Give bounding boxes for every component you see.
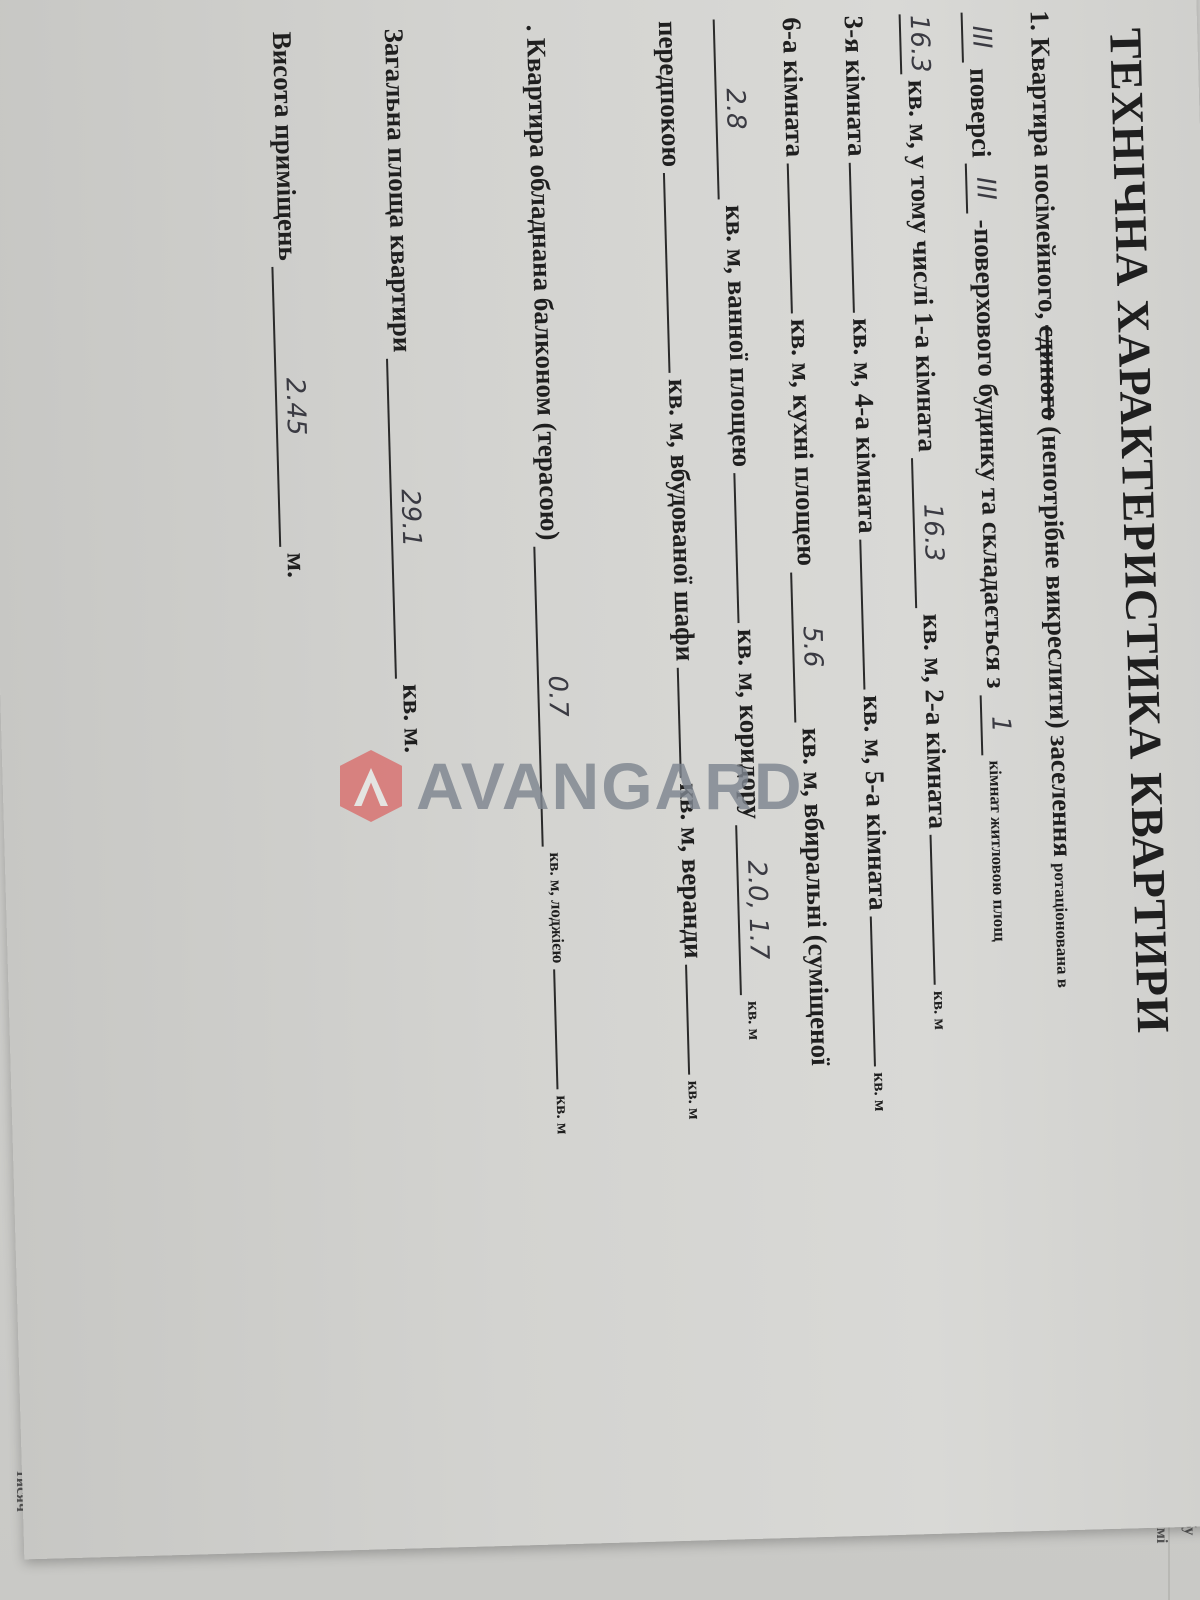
unit-label: м. [265,552,328,579]
form-sheet: ТЕХНІЧНА ХАРАКТЕРИСТИКА КВАРТИРИ 1. Квар… [0,0,1200,1559]
label: (непотрібне викреслити) заселення [1020,425,1094,857]
loggia-area-field[interactable] [553,969,588,1090]
label: кв. м, ванної площею [704,204,773,468]
label: кв. м, 5-а кімната [842,694,910,911]
label: кв. м, вбудованої шафи [647,378,717,662]
total-area-field[interactable]: 29.1 [386,358,427,679]
floor-field[interactable]: III [961,12,994,63]
room5-area-field[interactable] [870,916,906,1067]
section2-line: . Квартира обладнана балконом (терасою) … [505,24,609,1525]
veranda-area-field[interactable] [685,964,720,1075]
label: кв. м, вбиральні (суміщеної [780,727,851,1066]
document-title: ТЕХНІЧНА ХАРАКТЕРИСТИКА КВАРТИРИ [1099,27,1193,1508]
label: кімнат житловою площ [963,760,1030,943]
label: ротаціонована в [1028,862,1093,989]
kitchen-area-field[interactable]: 5.6 [790,572,826,723]
wardrobe-area-field[interactable] [677,667,712,778]
living-area-field[interactable]: 16.3 [899,13,933,74]
unit-label: кв. м [722,1000,785,1041]
label: 1. Квартира посімейного, [1009,10,1080,320]
label: 6-а кімната [761,16,827,157]
label: кв. м, лоджією [524,851,589,964]
unit-label: кв. м [662,1080,725,1121]
label: поверсі [948,67,1012,158]
corridor-area-field[interactable]: 2.0, 1.7 [735,825,772,996]
label: кв. м, кухні площею [769,318,838,567]
floors-count-field[interactable]: III [965,163,998,214]
bathroom-area-field[interactable]: 2.8 [713,19,750,200]
label: . Квартира обладнана балконом (терасою) [505,24,581,542]
ceiling-height-line: Висота приміщень 2.45 м. [251,31,355,1532]
label: кв. м, у тому числі 1-а кімната [886,79,958,453]
label: передпокою [637,20,703,168]
unit-label: кв. м. [381,683,445,753]
under-sheet-fragment: мі [1152,1528,1170,1543]
label: кв. м, 4-а кімната [831,317,899,534]
room3-area-field[interactable] [849,162,885,313]
label: Загальна площа квартири [363,28,434,354]
unit-label: кв. м [531,1094,594,1135]
balcony-area-field[interactable]: 0.7 [533,546,573,847]
unit-label: кв. м [908,990,971,1031]
label: кв. м, коридору [716,628,783,820]
label: Висота приміщень [251,31,319,262]
label: 3-я кімната [823,15,889,157]
bath-area-field[interactable] [733,472,769,623]
ceiling-height-field[interactable]: 2.45 [271,266,311,547]
struck-option: єдиного [1017,324,1082,421]
total-area-line: Загальна площа квартири 29.1 кв. м. [363,28,467,1529]
room2-area-field[interactable] [930,834,966,985]
room4-area-field[interactable] [859,539,895,690]
unit-label: кв. м [848,1072,911,1113]
room1-area-field[interactable]: 16.3 [911,457,947,608]
label: кв. м, 2-а кімната [901,613,969,830]
form-content: ТЕХНІЧНА ХАРАКТЕРИСТИКА КВАРТИРИ 1. Квар… [0,7,1193,1539]
label: -поверхового будинку та складається з [952,219,1027,690]
label: кв. м, веранди [658,782,725,959]
hall-area-field[interactable] [663,172,701,373]
rooms-count-field[interactable]: 1 [980,694,1014,755]
room6-area-field[interactable] [787,162,823,313]
